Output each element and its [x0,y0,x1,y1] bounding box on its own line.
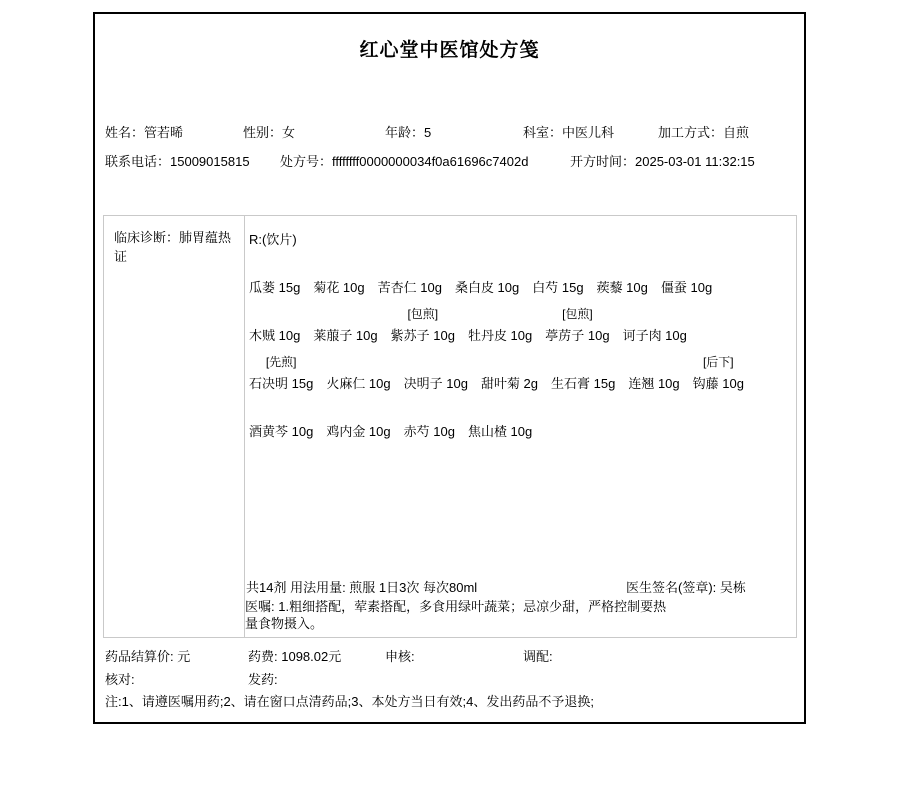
herb-item: 白芍 15g [532,277,583,296]
field-phone: 联系电话：15009015815 [105,151,250,170]
herb-item: 生石膏 15g [551,373,615,392]
herb-item: 蒺藜 10g [597,277,648,296]
field-fee-label: 药费: [248,649,281,664]
herb-item: [后下]钩藤 10g [693,373,744,392]
herb-row-3: [先煎]石决明 15g火麻仁 10g决明子 10g甜叶菊 2g生石膏 15g连翘… [249,373,744,392]
field-processing-method-label: 加工方式： [658,125,723,140]
field-settlement-price-value: 元 [177,649,190,664]
herb-item: 火麻仁 10g [326,373,390,392]
field-prescription-number-value: ffffffff0000000034f0a61696c7402d [332,154,528,169]
rx-header: R:(饮片) [249,229,297,248]
herb-item: [包煎]紫苏子 10g [391,325,455,344]
column-divider [244,216,245,637]
field-gender: 性别：女 [243,122,295,141]
doctor-signature: 医生签名(签章): 吴栋 [626,577,746,596]
page-title: 红心堂中医馆处方笺 [93,35,806,62]
field-compound: 调配: [523,646,553,665]
footer-note: 注:1、请遵医嘱用药;2、请在窗口点清药品;3、本处方当日有效;4、发出药品不予… [105,691,594,710]
field-name: 姓名：管若晞 [105,122,183,141]
herb-row-4: 酒黄芩 10g鸡内金 10g赤芍 10g焦山楂 10g [249,421,532,440]
decoction-method-tag: [包煎] [407,305,438,322]
field-phone-label: 联系电话： [105,154,170,169]
field-name-value: 管若晞 [144,125,183,140]
diagnosis-cell: 临床诊断：肺胃蕴热证 [114,228,238,266]
field-check-label: 核对: [105,672,135,687]
field-gender-label: 性别： [243,125,282,140]
field-prescription-number-label: 处方号： [280,154,332,169]
field-compound-label: 调配: [523,649,553,664]
herb-item: 酒黄芩 10g [249,421,313,440]
herb-item: 焦山楂 10g [468,421,532,440]
field-fee-value: 1098.02元 [281,649,341,664]
field-fee: 药费: 1098.02元 [248,646,341,665]
herb-item: 牡丹皮 10g [468,325,532,344]
decoction-method-tag: [包煎] [562,305,593,322]
usage-summary: 共14剂 用法用量: 煎服 1日3次 每次80ml [246,577,477,596]
herb-item: 瓜蒌 15g [249,277,300,296]
field-prescription-time-value: 2025-03-01 11:32:15 [635,154,755,169]
medical-advice: 医嘱: 1.粗细搭配，荤素搭配，多食用绿叶蔬菜；忌凉少甜，严格控制要热量食物摄入… [245,598,675,632]
field-age: 年龄：5 [385,122,431,141]
field-review-label: 申核: [385,649,415,664]
herb-item: 诃子肉 10g [623,325,687,344]
herb-item: [先煎]石决明 15g [249,373,313,392]
field-prescription-number: 处方号：ffffffff0000000034f0a61696c7402d [280,151,528,170]
herb-item: 僵蚕 10g [661,277,712,296]
decoction-method-tag: [后下] [703,353,734,370]
herb-item: 鸡内金 10g [326,421,390,440]
field-processing-method: 加工方式：自煎 [658,122,749,141]
herb-item: 苦杏仁 10g [378,277,442,296]
field-settlement-price-label: 药品结算价: [105,649,177,664]
field-dispense: 发药: [248,669,278,688]
field-department: 科室：中医儿科 [523,122,614,141]
herb-item: 菊花 10g [313,277,364,296]
field-gender-value: 女 [282,125,295,140]
field-prescription-time: 开方时间：2025-03-01 11:32:15 [570,151,755,170]
herb-item: 甜叶菊 2g [481,373,538,392]
field-department-value: 中医儿科 [562,125,614,140]
herb-row-2: 木贼 10g莱菔子 10g[包煎]紫苏子 10g牡丹皮 10g[包煎]葶苈子 1… [249,325,687,344]
herb-item: 桑白皮 10g [455,277,519,296]
herb-item: 连翘 10g [628,373,679,392]
herb-item: 木贼 10g [249,325,300,344]
herb-item: 莱菔子 10g [313,325,377,344]
diagnosis-label: 临床诊断： [114,230,179,245]
field-dispense-label: 发药: [248,672,278,687]
herb-item: 决明子 10g [404,373,468,392]
field-phone-value: 15009015815 [170,154,250,169]
herb-row-1: 瓜蒌 15g菊花 10g苦杏仁 10g桑白皮 10g白芍 15g蒺藜 10g僵蚕… [249,277,712,296]
field-check: 核对: [105,669,135,688]
field-settlement-price: 药品结算价: 元 [105,646,190,665]
field-age-label: 年龄： [385,125,424,140]
field-review: 申核: [385,646,415,665]
decoction-method-tag: [先煎] [266,353,297,370]
herb-item: 赤芍 10g [404,421,455,440]
field-prescription-time-label: 开方时间： [570,154,635,169]
prescription-box: 临床诊断：肺胃蕴热证 R:(饮片) 瓜蒌 15g菊花 10g苦杏仁 10g桑白皮… [103,215,797,638]
herb-item: [包煎]葶苈子 10g [545,325,609,344]
field-name-label: 姓名： [105,125,144,140]
field-department-label: 科室： [523,125,562,140]
field-age-value: 5 [424,125,431,140]
field-processing-method-value: 自煎 [723,125,749,140]
